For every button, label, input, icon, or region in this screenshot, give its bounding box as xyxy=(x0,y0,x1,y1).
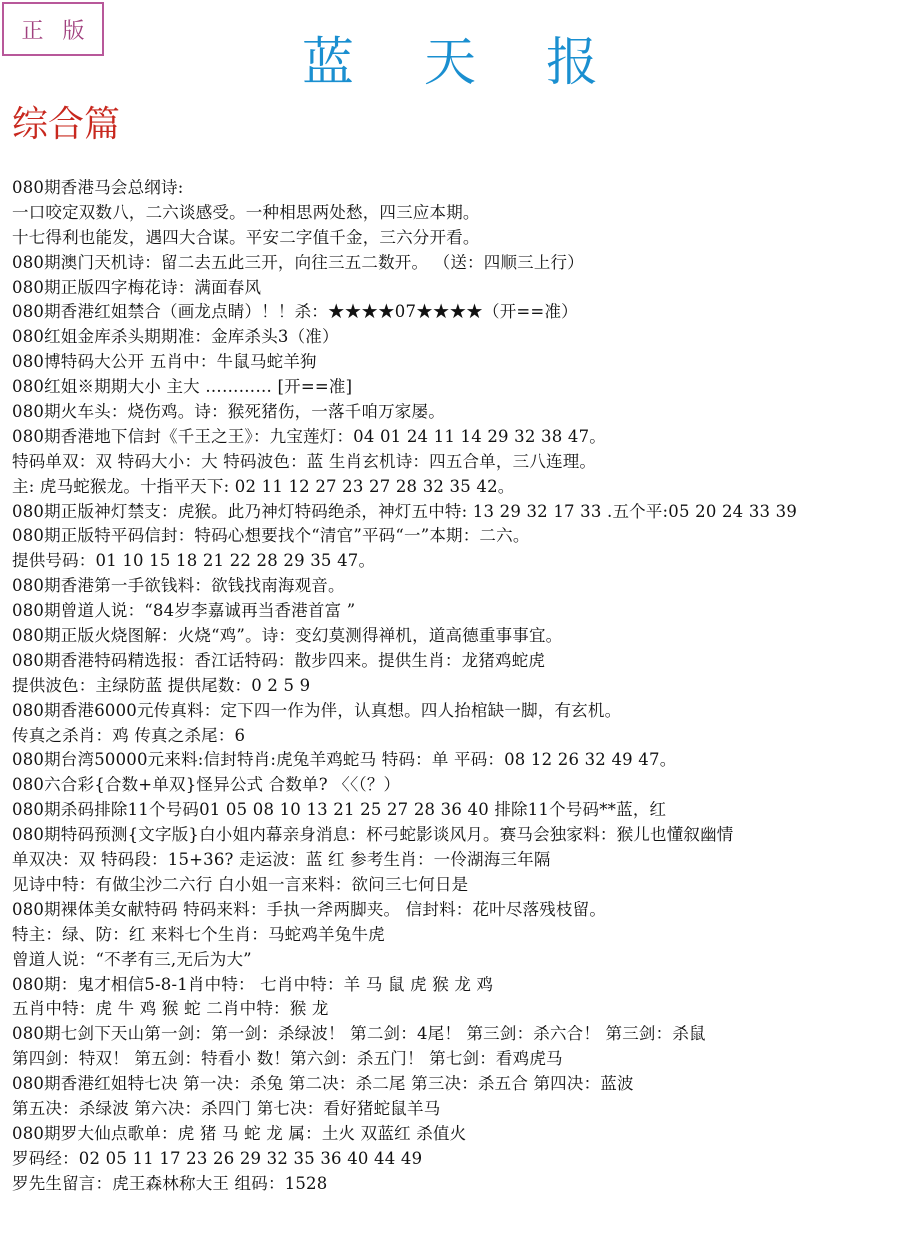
text-line: 第五决：杀绿波 第六决：杀四门 第七决：看好猪蛇鼠羊马 xyxy=(12,1097,900,1122)
section-heading: 综合篇 xyxy=(12,96,120,147)
text-line: 见诗中特：有做尘沙二六行 白小姐一言来料：欲问三七何日是 xyxy=(12,873,900,898)
text-line: 080期台湾50000元来料:信封特肖:虎兔羊鸡蛇马 特码：单 平码：08 12… xyxy=(12,748,900,773)
text-line: 080期香港第一手欲钱料：欲钱找南海观音。 xyxy=(12,574,900,599)
text-line: 080期曾道人说：“84岁李嘉诚再当香港首富 ” xyxy=(12,599,900,624)
text-line: 080六合彩{合数+单双}怪异公式 合数单? 〈〈（？） xyxy=(12,773,900,798)
text-line: 080期七剑下天山第一剑：第一剑：杀绿波！ 第二剑：4尾！ 第三剑：杀六合！ 第… xyxy=(12,1022,900,1047)
text-line: 080期香港红姐禁合（画龙点睛）！！杀：★★★★07★★★★（开==准） xyxy=(12,300,900,325)
text-line: 传真之杀肖：鸡 传真之杀尾：6 xyxy=(12,724,900,749)
text-line: 080红姐金库杀头期期准：金库杀头3（准） xyxy=(12,325,900,350)
text-line: 080期澳门天机诗：留二去五此三开，向往三五二数开。 （送：四顺三上行） xyxy=(12,251,900,276)
text-line: 080期香港地下信封《千王之王》：九宝莲灯：04 01 24 11 14 29 … xyxy=(12,425,900,450)
text-line: 单双决：双 特码段：15+36? 走运波：蓝 红 参考生肖：一伶湖海三年隔 xyxy=(12,848,900,873)
text-line: 主: 虎马蛇猴龙。十指平天下: 02 11 12 27 23 27 28 32 … xyxy=(12,475,900,500)
text-line: 080期裸体美女献特码 特码来料：手执一斧两脚夹。 信封料：花叶尽落残枝留。 xyxy=(12,898,900,923)
text-line: 080期特码预测{文字版}白小姐内幕亲身消息：杯弓蛇影谈风月。赛马会独家料：猴儿… xyxy=(12,823,900,848)
text-line: 第四剑：特双！ 第五剑：特看小 数！第六剑：杀五门！ 第七剑：看鸡虎马 xyxy=(12,1047,900,1072)
text-line: 080期正版特平码信封：特码心想要找个“清官”平码“一”本期：二六。 xyxy=(12,524,900,549)
text-line: 提供号码：01 10 15 18 21 22 28 29 35 47。 xyxy=(12,549,900,574)
text-line: 080期正版火烧图解：火烧“鸡”。诗：变幻莫测得禅机，道高德重事事宜。 xyxy=(12,624,900,649)
text-line: 080期：鬼才相信5-8-1肖中特： 七肖中特：羊 马 鼠 虎 猴 龙 鸡 xyxy=(12,973,900,998)
text-line: 080期正版四字梅花诗：满面春风 xyxy=(12,276,900,301)
text-line: 080期香港马会总纲诗: xyxy=(12,176,900,201)
text-line: 080红姐※期期大小 主大 ………… [开==准] xyxy=(12,375,900,400)
text-line: 特码单双：双 特码大小：大 特码波色：蓝 生肖玄机诗：四五合单，三八连理。 xyxy=(12,450,900,475)
text-line: 080博特码大公开 五肖中：牛鼠马蛇羊狗 xyxy=(12,350,900,375)
text-line: 080期火车头：烧伤鸡。诗：猴死猪伤，一落千咱万家屡。 xyxy=(12,400,900,425)
text-line: 080期香港特码精选报：香江话特码：散步四来。提供生肖：龙猪鸡蛇虎 xyxy=(12,649,900,674)
text-line: 080期香港6000元传真料：定下四一作为伴，认真想。四人抬棺缺一脚，有玄机。 xyxy=(12,699,900,724)
text-line: 提供波色：主绿防蓝 提供尾数：0 2 5 9 xyxy=(12,674,900,699)
text-line: 特主：绿、防：红 来料七个生肖：马蛇鸡羊兔牛虎 xyxy=(12,923,900,948)
text-line: 十七得利也能发，遇四大合谋。平安二字值千金，三六分开看。 xyxy=(12,226,900,251)
text-line: 罗码经：02 05 11 17 23 26 29 32 35 36 40 44 … xyxy=(12,1147,900,1172)
text-line: 罗先生留言：虎王森林称大王 组码：1528 xyxy=(12,1172,900,1197)
text-line: 080期罗大仙点歌单：虎 猪 马 蛇 龙 属：土火 双蓝红 杀值火 xyxy=(12,1122,900,1147)
text-line: 曾道人说：“不孝有三,无后为大” xyxy=(12,948,900,973)
text-line: 一口咬定双数八，二六谈感受。一种相思两处愁，四三应本期。 xyxy=(12,201,900,226)
text-line: 五肖中特：虎 牛 鸡 猴 蛇 二肖中特：猴 龙 xyxy=(12,997,900,1022)
text-line: 080期杀码排除11个号码01 05 08 10 13 21 25 27 28 … xyxy=(12,798,900,823)
page-title: 蓝天报 xyxy=(0,20,900,95)
content-lines: 080期香港马会总纲诗:一口咬定双数八，二六谈感受。一种相思两处愁，四三应本期。… xyxy=(12,176,900,1197)
text-line: 080期正版神灯禁支：虎猴。此乃神灯特码绝杀，神灯五中特: 13 29 32 1… xyxy=(12,500,900,525)
text-line: 080期香港红姐特七决 第一决：杀兔 第二决：杀二尾 第三决：杀五合 第四决：蓝… xyxy=(12,1072,900,1097)
